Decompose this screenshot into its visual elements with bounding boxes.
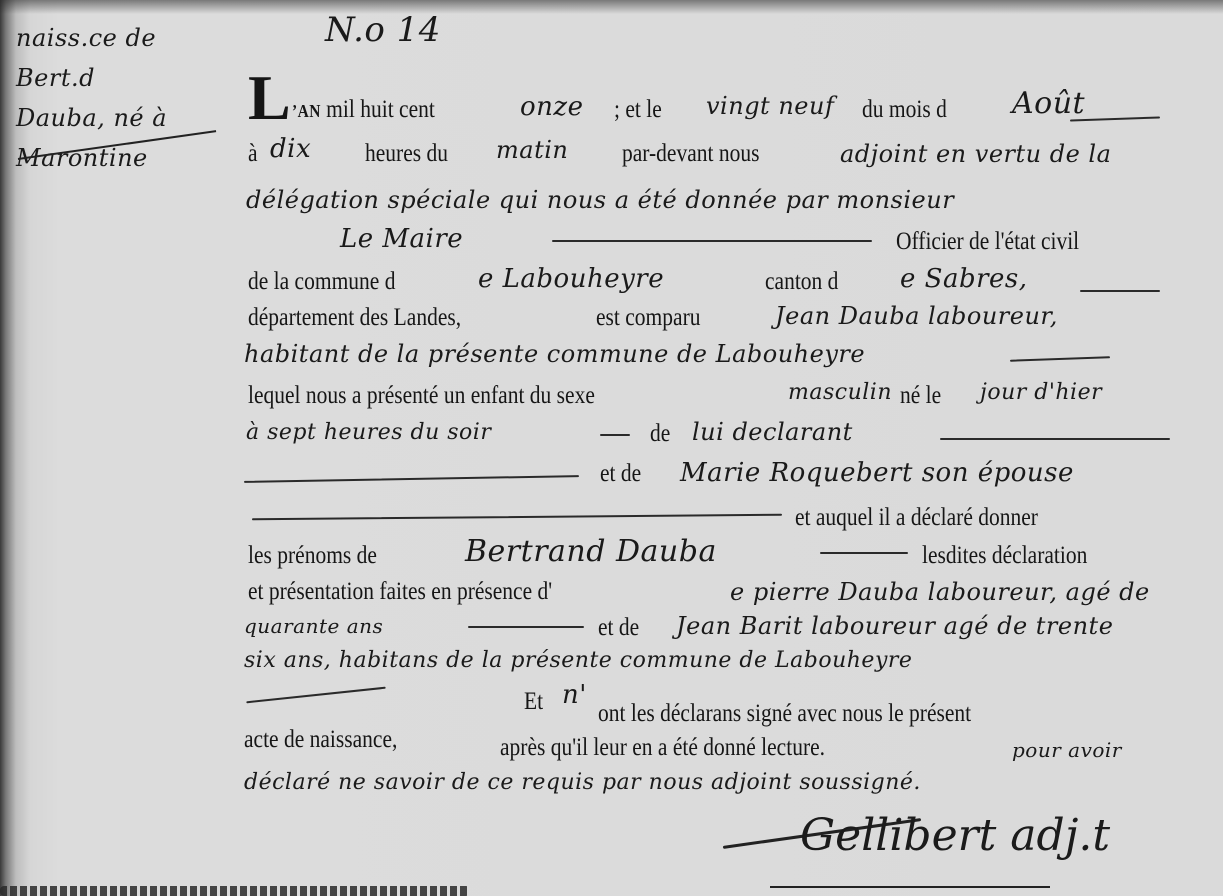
line-5-commune: e Labouheyre [478, 264, 664, 294]
line-12-given-names: Bertrand Dauba [465, 534, 717, 569]
line-4-mayor: Le Maire [340, 224, 463, 254]
line-6-declarant: Jean Dauba laboureur, [775, 302, 1058, 330]
document-page: naiss.ce de Bert.d Dauba, né à Marontine… [0, 0, 1223, 896]
line-5-printed-b: canton d [765, 268, 838, 296]
line-1-printed-c: du mois d [862, 96, 947, 124]
line-12-printed-a: les prénoms de [248, 542, 377, 570]
line-2-printed-b: heures du [365, 140, 448, 168]
line-5-rule [1080, 290, 1160, 292]
line-16-negation: n' [562, 680, 587, 710]
line-10-rule [244, 475, 579, 483]
line-4-printed: Officier de l'état civil [896, 228, 1079, 256]
line-10-mother: Marie Roquebert son épouse [680, 458, 1074, 488]
line-9-time: à sept heures du soir [246, 420, 491, 445]
act-number: N.o 14 [325, 10, 441, 50]
line-14-rule [468, 626, 584, 628]
line-5-canton: e Sabres, [900, 264, 1028, 294]
line-9-rule [940, 438, 1170, 440]
line-14-witness-2: Jean Barit laboureur agé de trente [676, 612, 1113, 640]
line-14-printed: et de [598, 614, 639, 642]
line-3-handwritten: délégation spéciale qui nous a été donné… [246, 186, 954, 214]
line-16-printed-b: ont les déclarans signé avec nous le pré… [598, 700, 971, 728]
line-6-printed-a: département des Landes, [248, 304, 461, 332]
line-10-printed: et de [600, 460, 641, 488]
line-12-rule [820, 552, 908, 554]
line-13-printed: et présentation faites en présence d' [248, 578, 552, 606]
line-11-printed: et auquel il a déclaré donner [795, 504, 1038, 532]
line-17-printed-a: acte de naissance, [244, 726, 397, 754]
line-5-printed-a: de la commune d [248, 268, 395, 296]
line-11-rule [252, 514, 782, 521]
drop-cap: L [248, 66, 291, 130]
line-8-printed-b: né le [900, 382, 941, 410]
line-2-period: matin [496, 136, 568, 164]
line-8-sex: masculin [788, 380, 892, 405]
line-12-printed-b: lesdites déclaration [922, 542, 1087, 570]
line-9-printed: de [650, 420, 670, 448]
line-17-printed-b: après qu'il leur en a été donné lecture. [500, 734, 825, 762]
margin-note-line-1: naiss.ce de Bert.d [16, 18, 236, 98]
line-16-printed-a: Et [524, 688, 543, 716]
line-7-residence: habitant de la présente commune de Labou… [244, 340, 865, 368]
bottom-border-ornament [0, 886, 470, 896]
line-15-residence: six ans, habitans de la présente commune… [244, 648, 912, 673]
line-1-year: onze [520, 92, 583, 122]
line-17-handwritten: pour avoir [1012, 738, 1122, 762]
line-2-hour: dix [270, 134, 311, 164]
signature-underline [770, 886, 1050, 888]
line-1-day: vingt neuf [706, 92, 834, 120]
line-16-rule [246, 687, 385, 704]
line-2-printed-a: à [248, 140, 258, 168]
line-13-witness-1: e pierre Dauba laboureur, agé de [730, 578, 1150, 606]
line-6-printed-b: est comparu [596, 304, 700, 332]
line-4-rule [552, 240, 872, 242]
line-18-handwritten: déclaré ne savoir de ce requis par nous … [244, 770, 921, 795]
line-9-dash [600, 434, 630, 436]
line-7-rule [1010, 356, 1110, 361]
line-8-birthdate: jour d'hier [980, 380, 1102, 405]
line-2-officer: adjoint en vertu de la [840, 140, 1111, 168]
line-8-printed-a: lequel nous a présenté un enfant du sexe [248, 382, 595, 410]
line-9-father: lui declarant [692, 418, 853, 446]
line-2-printed-c: par-devant nous [622, 140, 759, 168]
line-1-printed-a: ’AN L'AN mil huit centmil huit cent [292, 96, 435, 124]
line-1-printed-b: ; et le [614, 96, 662, 124]
line-1-month: Août [1012, 86, 1085, 121]
signature: Gellibert adj.t [800, 810, 1110, 861]
line-14-age-1: quarante ans [244, 614, 383, 638]
